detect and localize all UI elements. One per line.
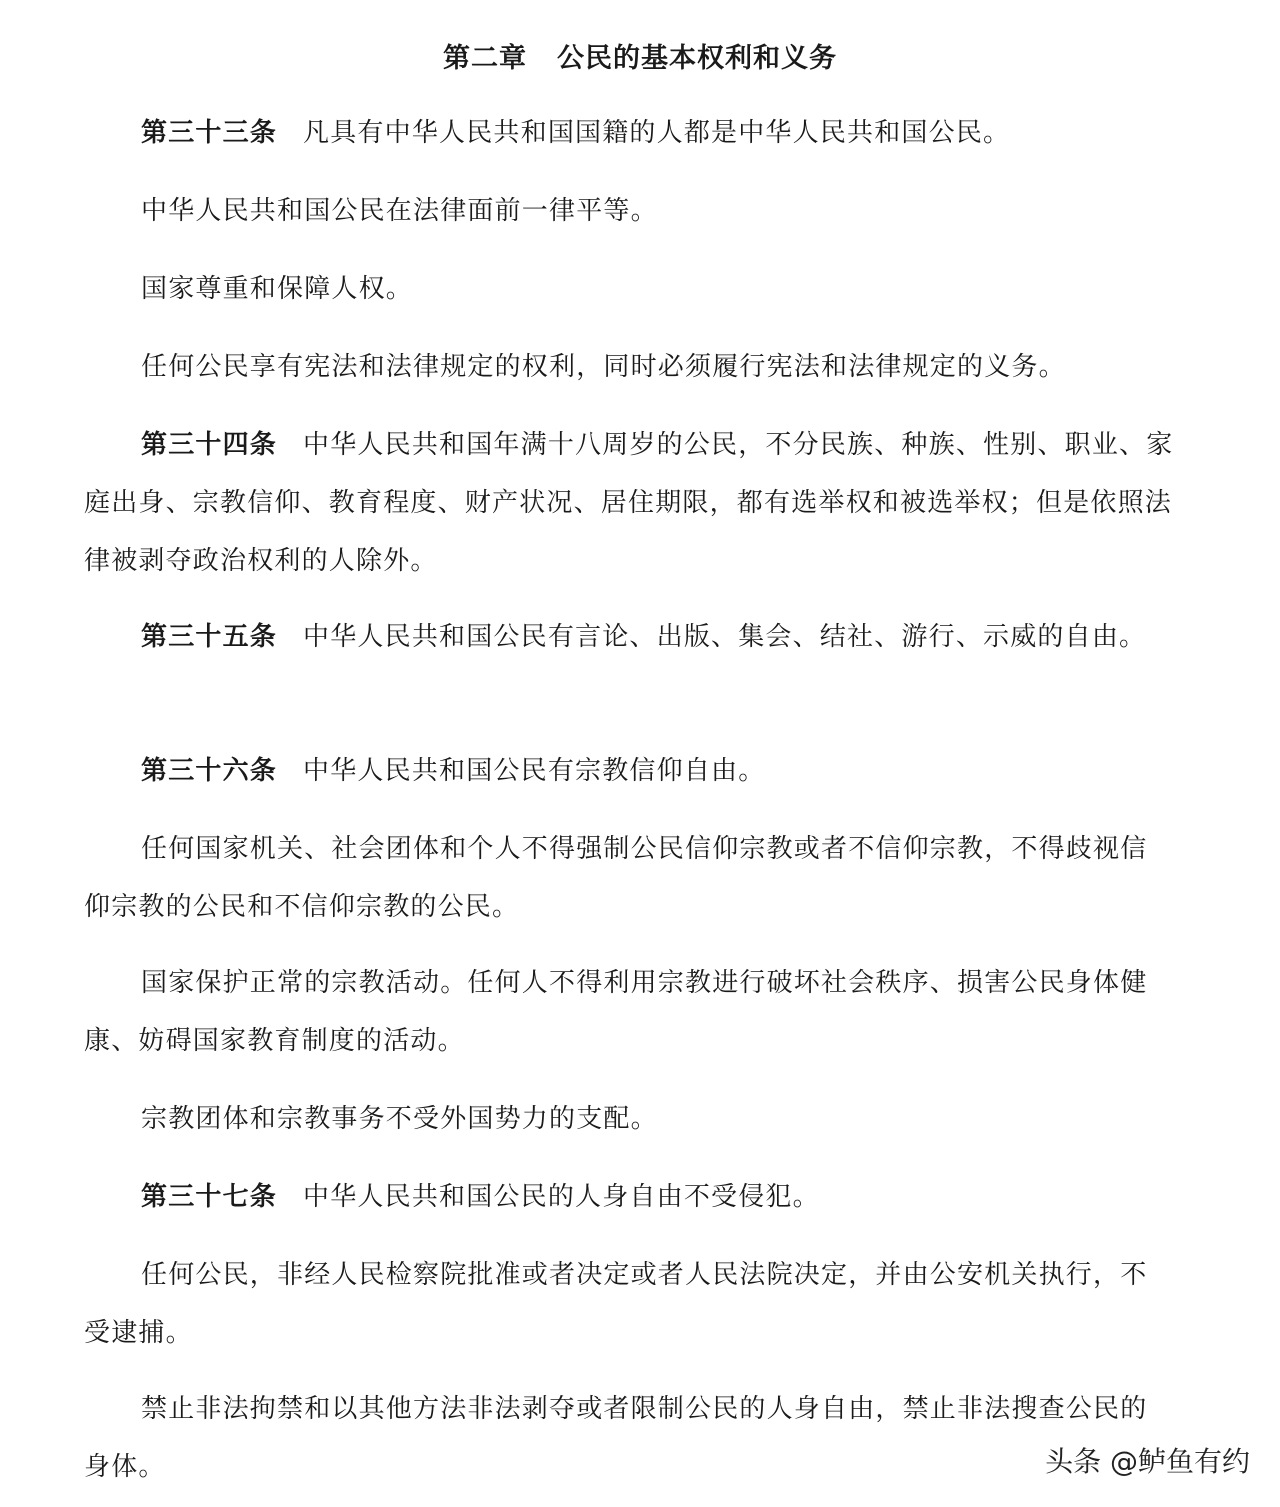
article-paragraph: 第三十七条中华人民共和国公民的人身自由不受侵犯。 bbox=[84, 1168, 1174, 1226]
chapter-heading: 公民的基本权利和义务 bbox=[557, 43, 837, 74]
paragraph-text: 任何公民享有宪法和法律规定的权利，同时必须履行宪法和法律规定的义务。 bbox=[141, 352, 1066, 382]
paragraph: 任何公民，非经人民检察院批准或者决定或者人民法院决定，并由公安机关执行，不受逮捕… bbox=[84, 1246, 1174, 1362]
paragraph: 禁止非法拘禁和以其他方法非法剥夺或者限制公民的人身自由，禁止非法搜查公民的身体。 bbox=[84, 1380, 1174, 1496]
article-number: 第三十四条 bbox=[141, 430, 277, 460]
article-paragraph: 第三十五条中华人民共和国公民有言论、出版、集会、结社、游行、示威的自由。 bbox=[84, 608, 1174, 666]
paragraph-text: 中华人民共和国公民有宗教信仰自由。 bbox=[303, 756, 765, 786]
paragraph-text: 国家保护正常的宗教活动。任何人不得利用宗教进行破坏社会秩序、损害公民身体健康、妨… bbox=[84, 968, 1147, 1056]
paragraph-text: 禁止非法拘禁和以其他方法非法剥夺或者限制公民的人身自由，禁止非法搜查公民的身体。 bbox=[84, 1394, 1147, 1482]
article-number: 第三十七条 bbox=[141, 1182, 277, 1212]
article-number: 第三十六条 bbox=[141, 756, 277, 786]
chapter-number: 第二章 bbox=[443, 43, 527, 74]
paragraph-text: 中华人民共和国公民的人身自由不受侵犯。 bbox=[303, 1182, 820, 1212]
article-number: 第三十三条 bbox=[141, 118, 277, 148]
paragraph: 任何公民享有宪法和法律规定的权利，同时必须履行宪法和法律规定的义务。 bbox=[84, 338, 1174, 396]
article-paragraph: 第三十三条凡具有中华人民共和国国籍的人都是中华人民共和国公民。 bbox=[84, 104, 1174, 162]
paragraph-text: 中华人民共和国公民在法律面前一律平等。 bbox=[141, 196, 658, 226]
paragraph-text: 任何国家机关、社会团体和个人不得强制公民信仰宗教或者不信仰宗教，不得歧视信仰宗教… bbox=[84, 834, 1147, 922]
paragraph: 中华人民共和国公民在法律面前一律平等。 bbox=[84, 182, 1174, 240]
paragraph: 国家保护正常的宗教活动。任何人不得利用宗教进行破坏社会秩序、损害公民身体健康、妨… bbox=[84, 954, 1174, 1070]
paragraph: 国家尊重和保障人权。 bbox=[84, 260, 1174, 318]
paragraph-text: 宗教团体和宗教事务不受外国势力的支配。 bbox=[141, 1104, 658, 1134]
paragraph: 任何国家机关、社会团体和个人不得强制公民信仰宗教或者不信仰宗教，不得歧视信仰宗教… bbox=[84, 820, 1174, 936]
paragraph-text: 国家尊重和保障人权。 bbox=[141, 274, 413, 304]
article-paragraph: 第三十四条中华人民共和国年满十八周岁的公民，不分民族、种族、性别、职业、家庭出身… bbox=[84, 416, 1174, 590]
article-paragraph: 第三十六条中华人民共和国公民有宗教信仰自由。 bbox=[84, 742, 1174, 800]
article-number: 第三十五条 bbox=[141, 622, 277, 652]
paragraph-text: 凡具有中华人民共和国国籍的人都是中华人民共和国公民。 bbox=[303, 118, 1010, 148]
watermark: 头条 @鲈鱼有约 bbox=[1045, 1440, 1250, 1480]
chapter-title: 第二章公民的基本权利和义务 bbox=[0, 36, 1280, 75]
paragraph: 宗教团体和宗教事务不受外国势力的支配。 bbox=[84, 1090, 1174, 1148]
paragraph-text: 任何公民，非经人民检察院批准或者决定或者人民法院决定，并由公安机关执行，不受逮捕… bbox=[84, 1260, 1147, 1348]
paragraph-text: 中华人民共和国公民有言论、出版、集会、结社、游行、示威的自由。 bbox=[303, 622, 1146, 652]
